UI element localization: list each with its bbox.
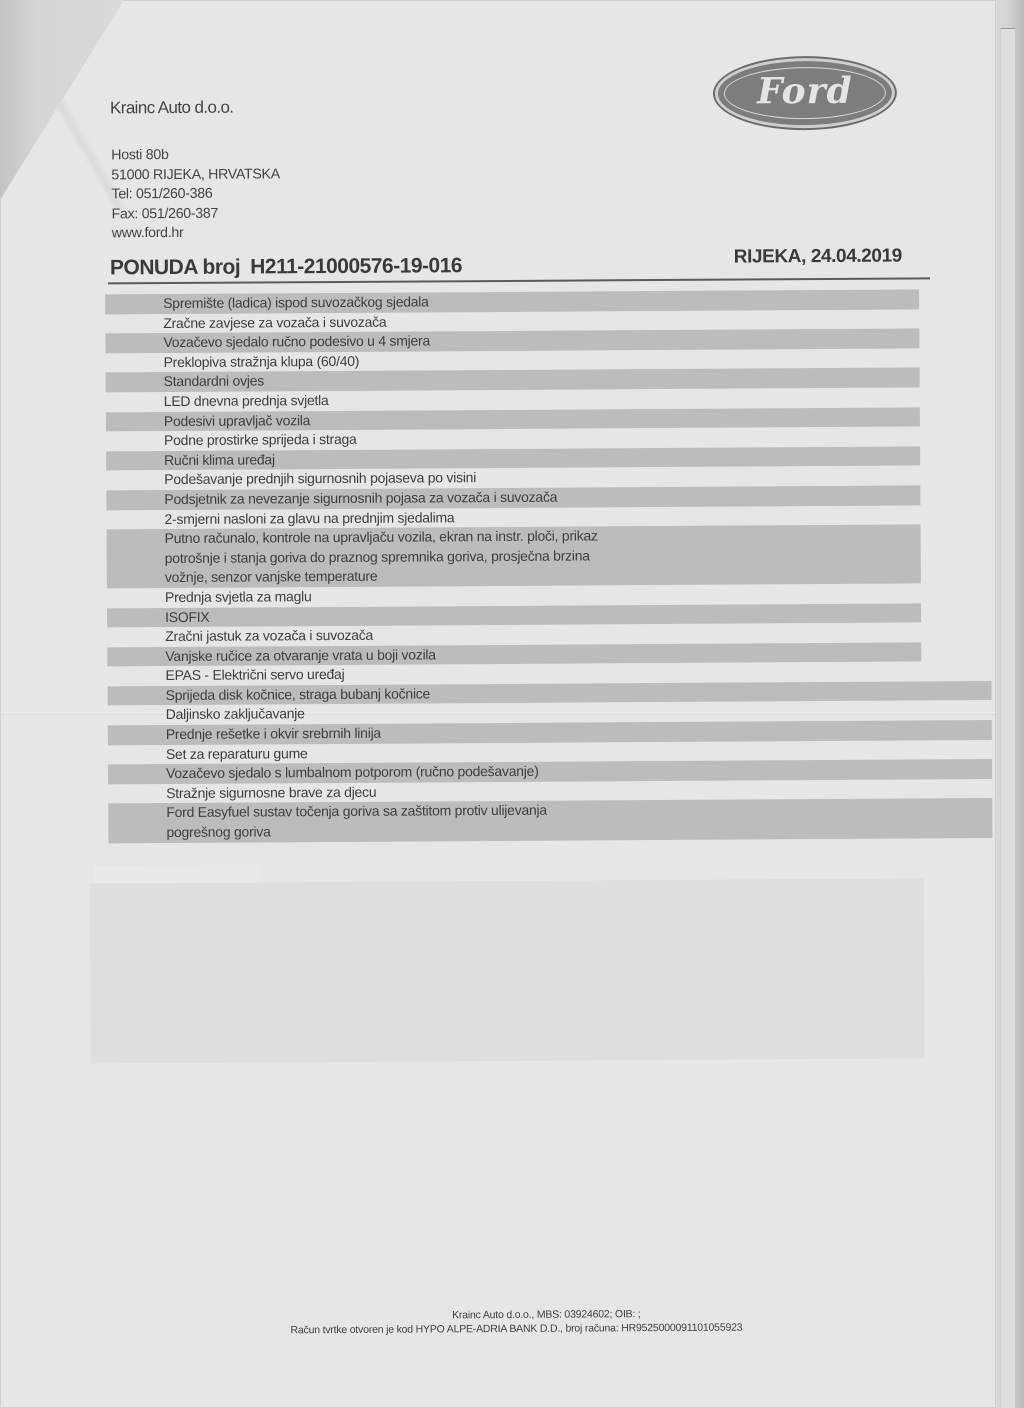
feature-list: Spremište (ladica) ispod suvozačkog sjed…: [105, 289, 922, 843]
offer-label: PONUDA broj: [110, 256, 240, 280]
company-address: Hosti 80b 51000 RIJEKA, HRVATSKA Tel: 05…: [111, 145, 280, 244]
logo-text: Ford: [757, 70, 853, 113]
offer-place-date: RIJEKA, 24.04.2019: [734, 246, 902, 269]
document-footer: Krainc Auto d.o.o., MBS: 03924602; OIB: …: [4, 1305, 1024, 1339]
offer-number: H211-21000576-19-016: [250, 254, 462, 278]
address-phone: Tel: 051/260-386: [111, 184, 280, 205]
company-name: Krainc Auto d.o.o.: [110, 98, 234, 119]
document-content: Krainc Auto d.o.o. Hosti 80b 51000 RIJEK…: [0, 0, 1024, 1408]
ford-oval-logo-icon: Ford: [718, 61, 892, 126]
address-website: www.ford.hr: [112, 223, 281, 244]
offer-title: PONUDA brojH211-21000576-19-016: [110, 254, 462, 280]
address-street: Hosti 80b: [111, 145, 280, 166]
feature-row: Ford Easyfuel sustav točenja goriva sa z…: [108, 798, 992, 843]
address-city: 51000 RIJEKA, HRVATSKA: [111, 165, 280, 186]
redacted-area: [90, 878, 925, 1063]
feature-row: Putno računalo, kontrole na upravljaču v…: [107, 525, 921, 589]
address-fax: Fax: 051/260-387: [112, 204, 281, 225]
